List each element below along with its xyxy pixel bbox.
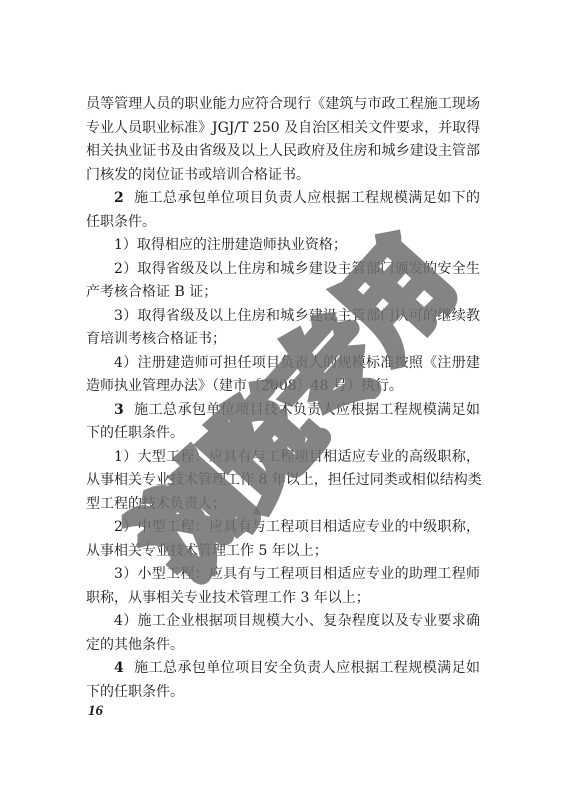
text-line: 相关执业证书及由省级及以上人民政府及住房和城乡建设主管部 (86, 140, 480, 164)
line-text: 型工程的技术负责人； (86, 496, 226, 512)
text-line: 型工程的技术负责人； (86, 493, 480, 517)
document-page: 员等管理人员的职业能力应符合现行《建筑与市政工程施工现场专业人员职业标准》JGJ… (0, 0, 561, 804)
clause-number: 4 (114, 660, 124, 676)
line-text: 员等管理人员的职业能力应符合现行《建筑与市政工程施工现场 (86, 96, 480, 112)
line-text: 3）取得省级及以上住房和城乡建设主管部门认可的继续教 (114, 308, 480, 324)
line-text: 施工总承包单位项目安全负责人应根据工程规模满足如 (134, 660, 480, 676)
line-text: 1）取得相应的注册建造师执业资格； (114, 237, 347, 253)
text-line: 员等管理人员的职业能力应符合现行《建筑与市政工程施工现场 (86, 93, 480, 117)
text-line: 产考核合格证 B 证； (86, 281, 480, 305)
text-line: 2）中型工程：应具有与工程项目相适应专业的中级职称， (86, 516, 480, 540)
text-line: 任职条件。 (86, 211, 480, 235)
line-text: 相关执业证书及由省级及以上人民政府及住房和城乡建设主管部 (86, 143, 480, 159)
line-text: 造师执业管理办法》（建市〔2008〕48 号）执行。 (86, 378, 403, 394)
line-text: 从事相关专业技术管理工作 8 年以上，担任过同类或相似结构类 (86, 472, 482, 488)
line-text: 任职条件。 (86, 214, 156, 230)
text-line: 1）取得相应的注册建造师执业资格； (86, 234, 480, 258)
line-text: 职称，从事相关专业技术管理工作 3 年以上； (86, 590, 370, 606)
line-text: 4）施工企业根据项目规模大小、复杂程度以及专业要求确 (114, 613, 480, 629)
line-text: 专业人员职业标准》JGJ/T 250 及自治区相关文件要求，并取得 (86, 120, 480, 136)
clause-number: 2 (114, 190, 124, 206)
line-text: 下的任职条件。 (86, 684, 184, 700)
line-text: 1）大型工程：应具有与工程项目相适应专业的高级职称， (114, 449, 480, 465)
line-text: 施工总承包单位项目技术负责人应根据工程规模满足如 (134, 402, 480, 418)
line-text: 2）取得省级及以上住房和城乡建设主管部门颁发的安全生 (114, 261, 480, 277)
body-text: 员等管理人员的职业能力应符合现行《建筑与市政工程施工现场专业人员职业标准》JGJ… (86, 93, 480, 704)
line-text: 门核发的岗位证书或培训合格证书。 (86, 167, 310, 183)
line-text: 2）中型工程：应具有与工程项目相适应专业的中级职称， (114, 519, 480, 535)
text-line: 3）取得省级及以上住房和城乡建设主管部门认可的继续教 (86, 305, 480, 329)
clause-line: 2施工总承包单位项目负责人应根据工程规模满足如下的 (86, 187, 480, 211)
text-line: 定的其他条件。 (86, 634, 480, 658)
line-text: 从事相关专业技术管理工作 5 年以上； (86, 543, 328, 559)
line-text: 育培训考核合格证书； (86, 331, 226, 347)
text-line: 从事相关专业技术管理工作 5 年以上； (86, 540, 480, 564)
text-line: 职称，从事相关专业技术管理工作 3 年以上； (86, 587, 480, 611)
text-line: 1）大型工程：应具有与工程项目相适应专业的高级职称， (86, 446, 480, 470)
text-line: 门核发的岗位证书或培训合格证书。 (86, 164, 480, 188)
text-line: 3）小型工程：应具有与工程项目相适应专业的助理工程师 (86, 563, 480, 587)
text-line: 从事相关专业技术管理工作 8 年以上，担任过同类或相似结构类 (86, 469, 480, 493)
line-text: 定的其他条件。 (86, 637, 184, 653)
clause-line: 4施工总承包单位项目安全负责人应根据工程规模满足如 (86, 657, 480, 681)
text-line: 造师执业管理办法》（建市〔2008〕48 号）执行。 (86, 375, 480, 399)
line-text: 3）小型工程：应具有与工程项目相适应专业的助理工程师 (114, 566, 480, 582)
line-text: 产考核合格证 B 证； (86, 284, 217, 300)
line-text: 4）注册建造师可担任项目负责人的规模标准按照《注册建 (114, 355, 480, 371)
text-line: 下的任职条件。 (86, 422, 480, 446)
clause-line: 3施工总承包单位项目技术负责人应根据工程规模满足如 (86, 399, 480, 423)
text-line: 专业人员职业标准》JGJ/T 250 及自治区相关文件要求，并取得 (86, 117, 480, 141)
text-line: 育培训考核合格证书； (86, 328, 480, 352)
text-line: 2）取得省级及以上住房和城乡建设主管部门颁发的安全生 (86, 258, 480, 282)
text-line: 下的任职条件。 (86, 681, 480, 705)
line-text: 施工总承包单位项目负责人应根据工程规模满足如下的 (134, 190, 480, 206)
clause-number: 3 (114, 402, 124, 418)
text-line: 4）施工企业根据项目规模大小、复杂程度以及专业要求确 (86, 610, 480, 634)
text-line: 4）注册建造师可担任项目负责人的规模标准按照《注册建 (86, 352, 480, 376)
page-number: 16 (88, 703, 103, 720)
line-text: 下的任职条件。 (86, 425, 184, 441)
